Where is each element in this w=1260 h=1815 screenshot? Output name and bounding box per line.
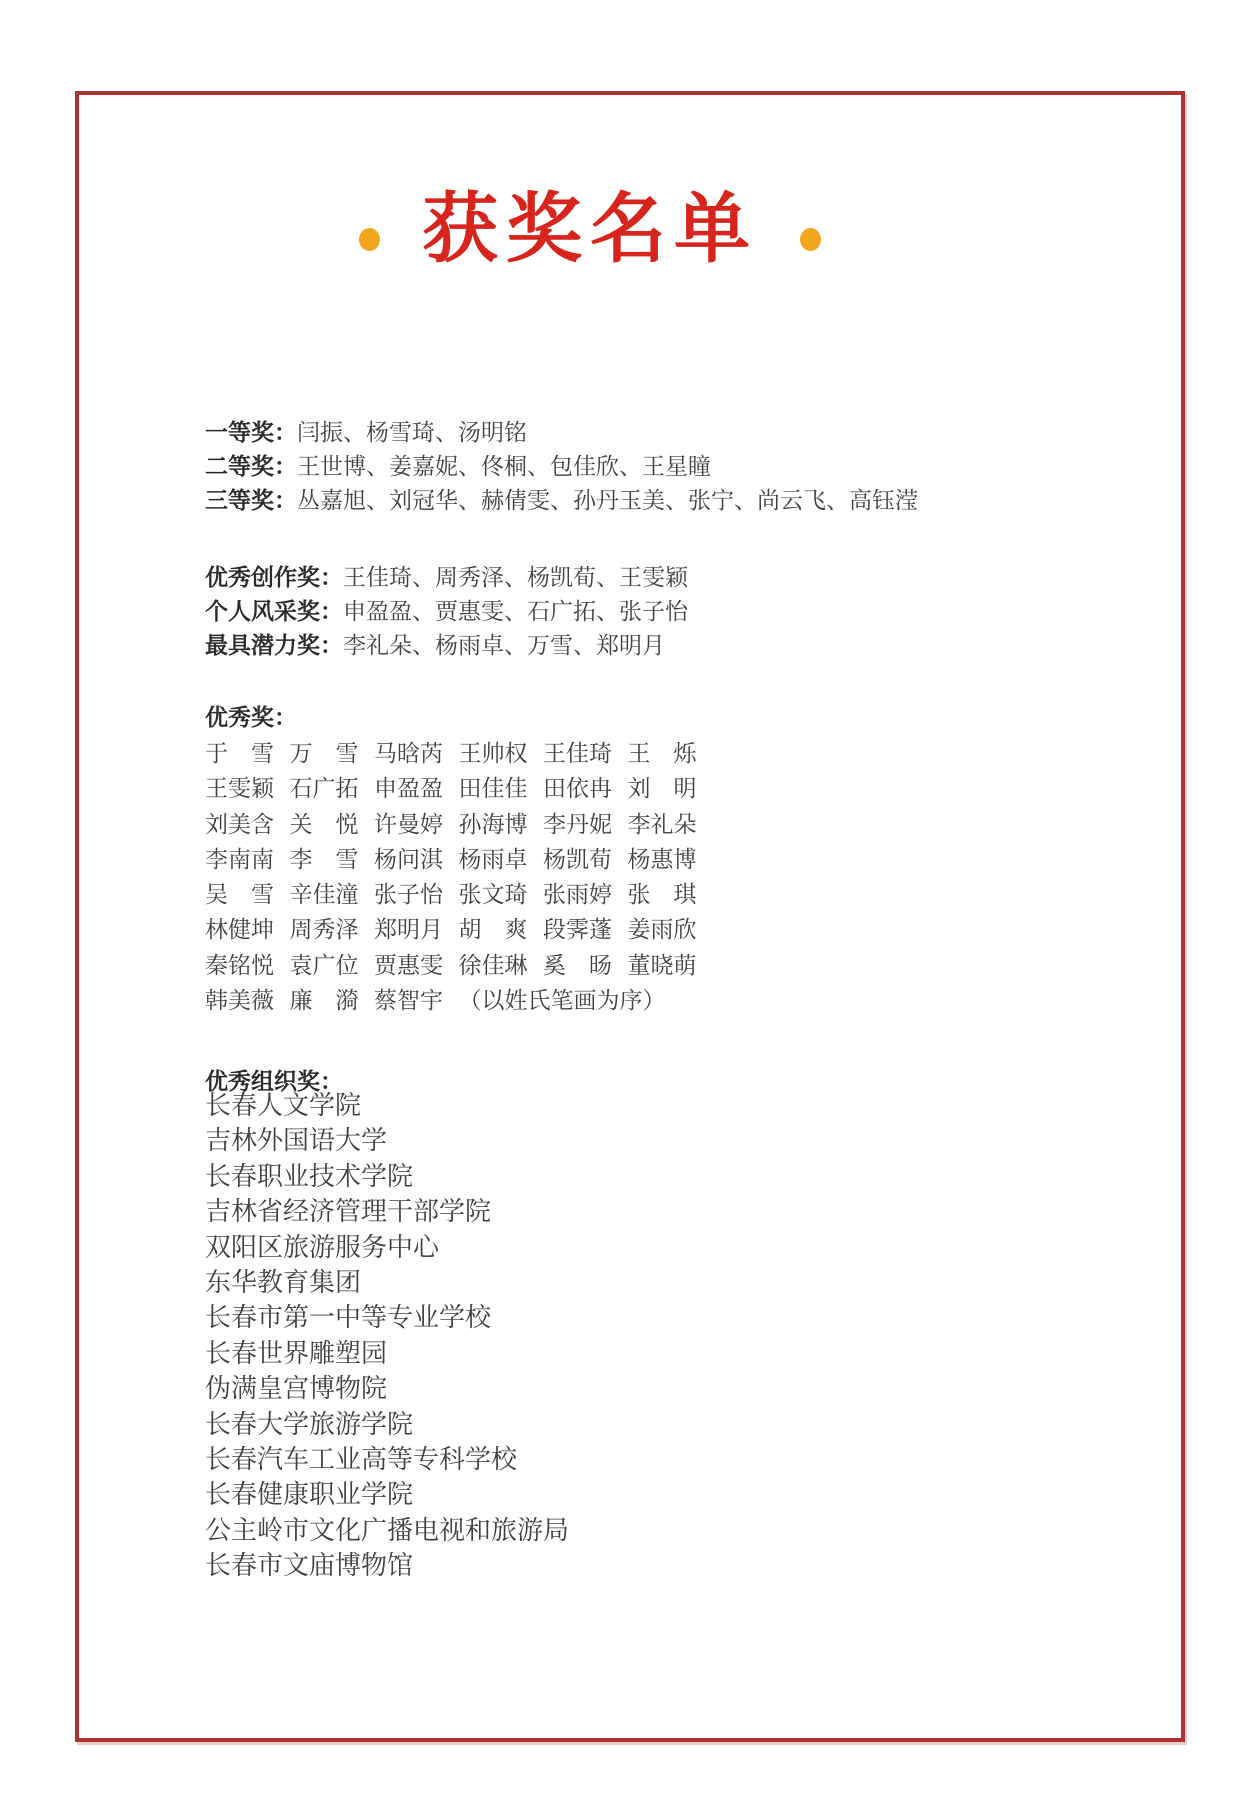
right-dot-icon bbox=[800, 228, 821, 251]
award-names: 闫振、杨雪琦、汤明铭 bbox=[297, 420, 527, 445]
awardee-name: 石广拓 bbox=[290, 771, 375, 806]
awardee-name: 刘美含 bbox=[205, 807, 290, 842]
award-names: 王世博、姜嘉妮、佟桐、包佳欣、王星瞳 bbox=[297, 454, 711, 479]
awardee-name: 李南南 bbox=[205, 842, 290, 877]
awardee-name: 马晗芮 bbox=[374, 736, 459, 771]
award-line-creation-prize: 优秀创作奖：王佳琦、周秀泽、杨凯荀、王雯颖 bbox=[205, 561, 688, 595]
awardee-name: 张子怡 bbox=[374, 877, 459, 912]
awardee-name: 李礼朵 bbox=[628, 807, 713, 842]
organization-award-list: 长春人文学院吉林外国语大学长春职业技术学院吉林省经济管理干部学院双阳区旅游服务中… bbox=[205, 1088, 569, 1584]
awardee-name: 蔡智宇 bbox=[374, 983, 459, 1018]
left-dot-icon bbox=[359, 228, 380, 251]
organization-name: 伪满皇宫博物院 bbox=[205, 1371, 569, 1406]
award-line-potential-prize: 最具潜力奖：李礼朵、杨雨卓、万雪、郑明月 bbox=[205, 629, 688, 663]
excellence-award-grid: 于 雪万 雪马晗芮王帅权王佳琦王 烁王雯颖石广拓申盈盈田佳佳田依冉刘 明刘美含关… bbox=[205, 736, 712, 1018]
award-label: 优秀创作奖： bbox=[205, 565, 343, 590]
organization-name: 长春市文庙博物馆 bbox=[205, 1548, 569, 1583]
awardee-name: 秦铭悦 bbox=[205, 948, 290, 983]
awardee-name: 田依冉 bbox=[543, 771, 628, 806]
awardee-name: 韩美薇 bbox=[205, 983, 290, 1018]
organization-name: 长春人文学院 bbox=[205, 1088, 569, 1123]
award-label: 最具潜力奖： bbox=[205, 633, 343, 658]
awardee-name: 徐佳琳 bbox=[459, 948, 544, 983]
award-names: 丛嘉旭、刘冠华、赫倩雯、孙丹玉美、张宁、尚云飞、高钰滢 bbox=[297, 488, 918, 513]
award-line-second-prize: 二等奖：王世博、姜嘉妮、佟桐、包佳欣、王星瞳 bbox=[205, 450, 918, 484]
awardee-name: 李丹妮 bbox=[543, 807, 628, 842]
awardee-name: 胡 爽 bbox=[459, 912, 544, 947]
awardee-name: 许曼婷 bbox=[374, 807, 459, 842]
sort-order-note: （以姓氏笔画为序） bbox=[459, 983, 713, 1018]
awardee-name: 杨雨卓 bbox=[459, 842, 544, 877]
awardee-name: 吴 雪 bbox=[205, 877, 290, 912]
title-row: 获奖名单 bbox=[359, 192, 821, 268]
organization-name: 长春市第一中等专业学校 bbox=[205, 1300, 569, 1335]
award-label: 一等奖： bbox=[205, 420, 297, 445]
award-names: 王佳琦、周秀泽、杨凯荀、王雯颖 bbox=[343, 565, 688, 590]
awardee-name: 周秀泽 bbox=[290, 912, 375, 947]
awardee-name: 姜雨欣 bbox=[628, 912, 713, 947]
special-awards-section: 优秀创作奖：王佳琦、周秀泽、杨凯荀、王雯颖 个人风采奖：申盈盈、贾惠雯、石广拓、… bbox=[205, 561, 688, 663]
organization-name: 长春大学旅游学院 bbox=[205, 1407, 569, 1442]
awardee-name: 林健坤 bbox=[205, 912, 290, 947]
awardee-name: 孙海博 bbox=[459, 807, 544, 842]
award-names: 申盈盈、贾惠雯、石广拓、张子怡 bbox=[343, 599, 688, 624]
awardee-name: 王 烁 bbox=[628, 736, 713, 771]
awardee-name: 张 琪 bbox=[628, 877, 713, 912]
awardee-name: 刘 明 bbox=[628, 771, 713, 806]
awardee-name: 万 雪 bbox=[290, 736, 375, 771]
award-list-document: 获奖名单 一等奖：闫振、杨雪琦、汤明铭 二等奖：王世博、姜嘉妮、佟桐、包佳欣、王… bbox=[0, 0, 1260, 1815]
organization-name: 长春职业技术学院 bbox=[205, 1159, 569, 1194]
award-line-third-prize: 三等奖：丛嘉旭、刘冠华、赫倩雯、孙丹玉美、张宁、尚云飞、高钰滢 bbox=[205, 484, 918, 518]
organization-name: 吉林外国语大学 bbox=[205, 1123, 569, 1158]
awardee-name: 申盈盈 bbox=[374, 771, 459, 806]
awardee-name: 袁广位 bbox=[290, 948, 375, 983]
page-title: 获奖名单 bbox=[422, 192, 758, 268]
award-line-first-prize: 一等奖：闫振、杨雪琦、汤明铭 bbox=[205, 416, 918, 450]
organization-name: 双阳区旅游服务中心 bbox=[205, 1230, 569, 1265]
organization-name: 长春健康职业学院 bbox=[205, 1477, 569, 1512]
awardee-name: 辛佳潼 bbox=[290, 877, 375, 912]
organization-name: 长春汽车工业高等专科学校 bbox=[205, 1442, 569, 1477]
tiered-awards-section: 一等奖：闫振、杨雪琦、汤明铭 二等奖：王世博、姜嘉妮、佟桐、包佳欣、王星瞳 三等… bbox=[205, 416, 918, 518]
awardee-name: 杨惠博 bbox=[628, 842, 713, 877]
awardee-name: 段霁蓬 bbox=[543, 912, 628, 947]
awardee-name: 田佳佳 bbox=[459, 771, 544, 806]
awardee-name: 郑明月 bbox=[374, 912, 459, 947]
awardee-name: 王佳琦 bbox=[543, 736, 628, 771]
award-names: 李礼朵、杨雨卓、万雪、郑明月 bbox=[343, 633, 665, 658]
award-line-style-prize: 个人风采奖：申盈盈、贾惠雯、石广拓、张子怡 bbox=[205, 595, 688, 629]
awardee-name: 于 雪 bbox=[205, 736, 290, 771]
awardee-name: 董晓萌 bbox=[628, 948, 713, 983]
awardee-name: 张文琦 bbox=[459, 877, 544, 912]
awardee-name: 贾惠雯 bbox=[374, 948, 459, 983]
awardee-name: 关 悦 bbox=[290, 807, 375, 842]
award-label: 二等奖： bbox=[205, 454, 297, 479]
excellence-award-header: 优秀奖： bbox=[205, 701, 297, 735]
awardee-name: 杨凯荀 bbox=[543, 842, 628, 877]
awardee-name: 张雨婷 bbox=[543, 877, 628, 912]
awardee-name: 王帅权 bbox=[459, 736, 544, 771]
organization-name: 公主岭市文化广播电视和旅游局 bbox=[205, 1513, 569, 1548]
organization-name: 长春世界雕塑园 bbox=[205, 1336, 569, 1371]
award-label: 三等奖： bbox=[205, 488, 297, 513]
organization-name: 东华教育集团 bbox=[205, 1265, 569, 1300]
awardee-name: 廉 漪 bbox=[290, 983, 375, 1018]
awardee-name: 奚 旸 bbox=[543, 948, 628, 983]
awardee-name: 王雯颖 bbox=[205, 771, 290, 806]
awardee-name: 李 雪 bbox=[290, 842, 375, 877]
awardee-name: 杨问淇 bbox=[374, 842, 459, 877]
organization-name: 吉林省经济管理干部学院 bbox=[205, 1194, 569, 1229]
award-label: 个人风采奖： bbox=[205, 599, 343, 624]
